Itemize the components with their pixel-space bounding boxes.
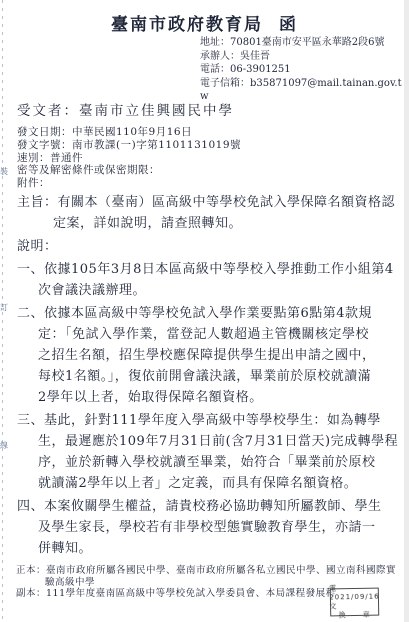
contact-address: 地址：70801臺南市安平區永華路2段6號 [200, 36, 408, 50]
security-line: 密等及解密條件或保密期限： [17, 164, 241, 177]
document-body: 主旨：有關本（臺南）區高級中等學校免試入學保障名額資格認 定案，詳如說明，請查照… [17, 192, 403, 561]
issue-number-line: 發文字號：南市教課(一)字第1101131019號 [17, 139, 241, 152]
meta-block: 發文日期：中華民國110年9月16日 發文字號：南市教課(一)字第1101131… [17, 126, 241, 190]
explanation-item-3: 三、基此，針對111學年度入學高級中等學校學生：如為轉學 生，最遲應於109年7… [17, 410, 403, 494]
speed-line: 速別：普通件 [17, 152, 241, 165]
electronic-exchange-stamp: 電 2021/09/16 文 換 章 [330, 588, 379, 617]
binding-mark-ding: 訂 [0, 304, 8, 312]
contact-handler: 承辦人：吳佳晉 [200, 50, 408, 64]
binding-mark-xian: 線 [0, 442, 8, 450]
issue-date-line: 發文日期：中華民國110年9月16日 [17, 126, 241, 139]
binding-mark-zhuang: 裝 [0, 168, 8, 176]
document-title: 臺南市政府教育局 函 [0, 10, 409, 35]
scan-edge [404, 0, 409, 622]
attachment-line: 附件： [17, 177, 241, 190]
contact-block: 地址：70801臺南市安平區永華路2段6號 承辦人：吳佳晉 電話：06-3901… [200, 36, 408, 104]
explanation-item-4: 四、本案攸關學生權益，請貴校務必協助轉知所屬教師、學生 及學生家長，學校若有非學… [17, 496, 403, 559]
explanation-label: 說明： [17, 236, 403, 257]
explanation-item-1: 一、依據105年3月8日本區高級中等學校入學推動工作小組第4 次會議決議辦理。 [17, 259, 403, 301]
subject-paragraph: 主旨：有關本（臺南）區高級中等學校免試入學保障名額資格認 定案，詳如說明，請查照… [17, 192, 403, 234]
contact-phone: 電話：06-3901251 [200, 63, 408, 77]
document-page: 裝 訂 線 臺南市政府教育局 函 地址：70801臺南市安平區永華路2段6號 承… [0, 0, 409, 622]
explanation-item-2: 二、依據本區高級中等學校免試入學作業要點第6點第4款規 定：「免試入學作業，當登… [17, 303, 403, 408]
stamp-line-1: 電 2021/09/16 文 [329, 584, 380, 612]
stamp-line-2: 換 章 [339, 611, 371, 621]
recipient-line: 受文者：臺南市立佳興國民中學 [17, 99, 234, 119]
